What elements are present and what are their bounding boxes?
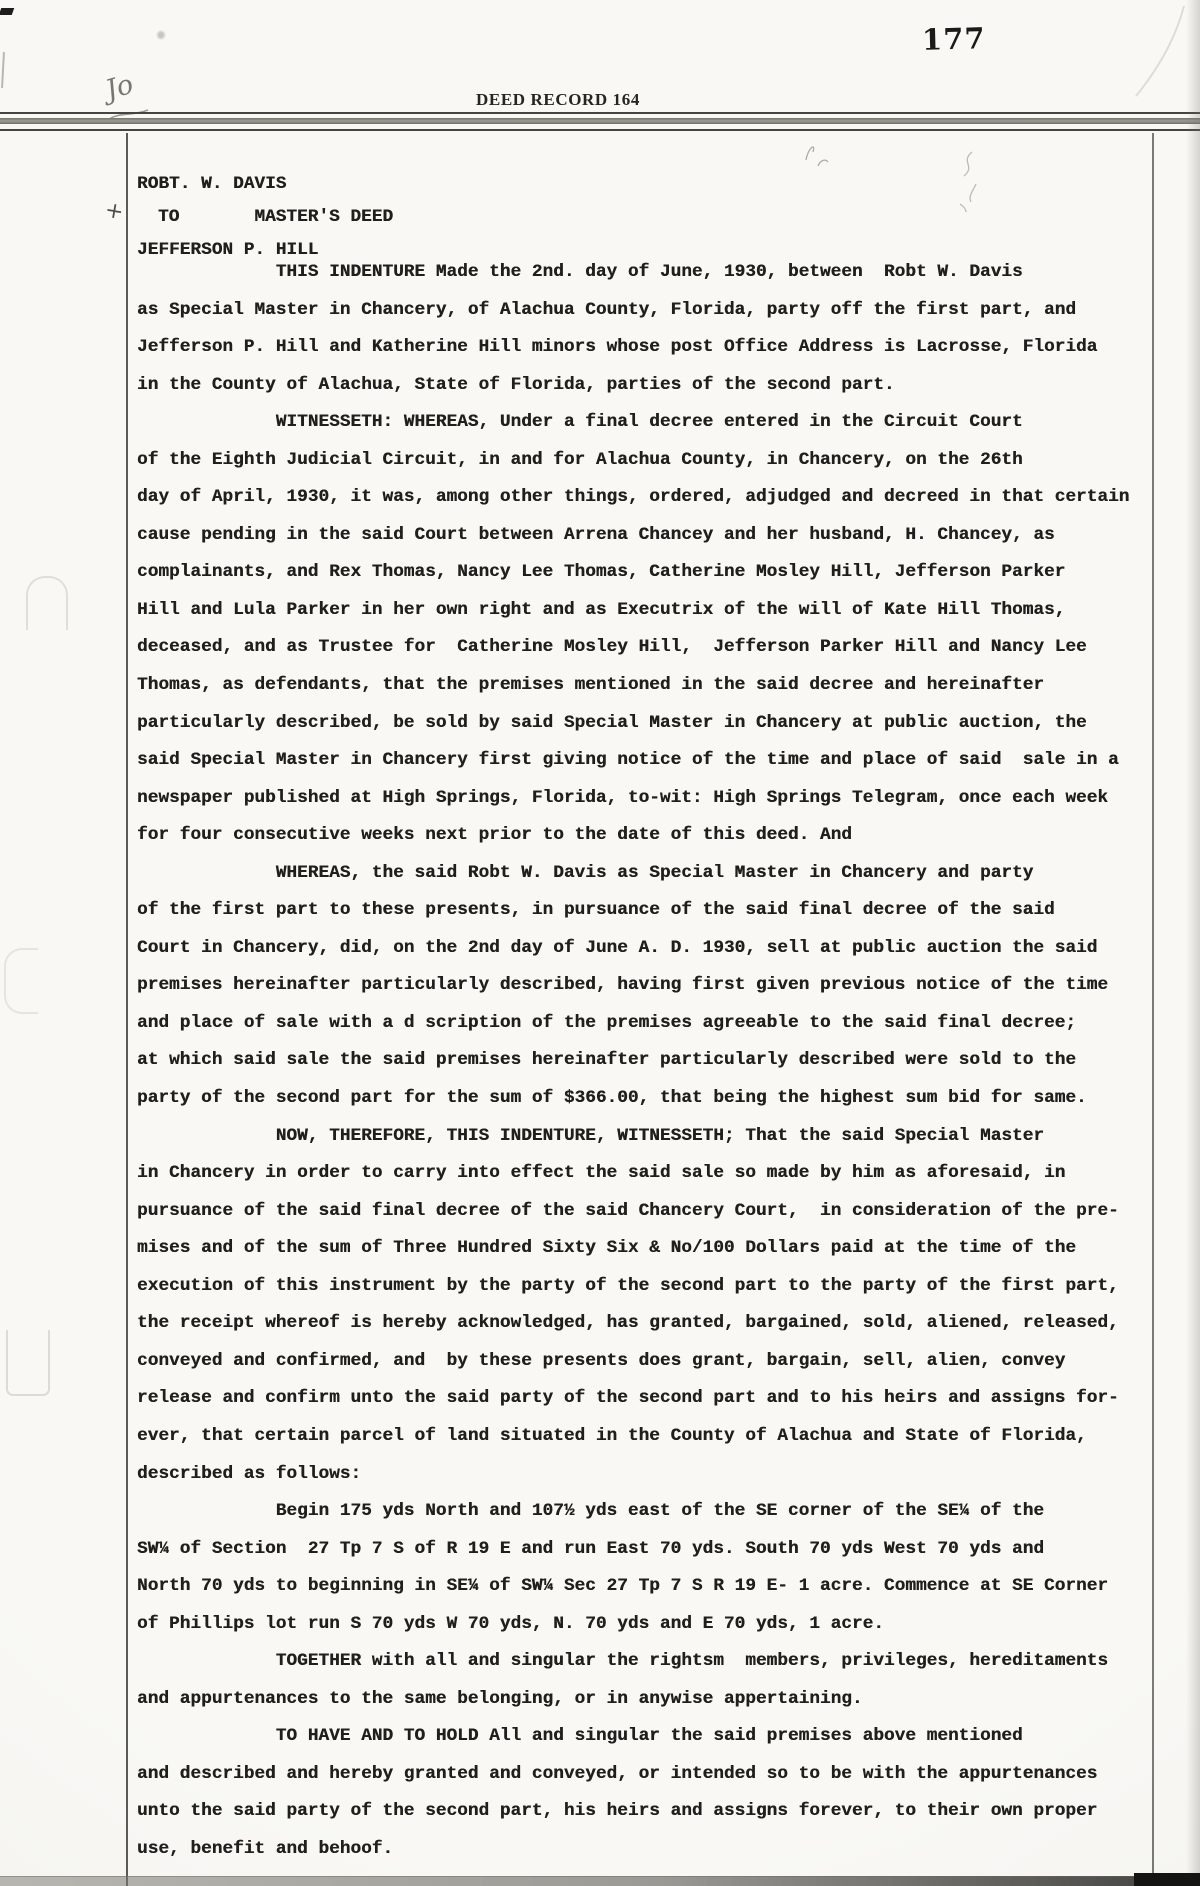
deed-text-line: premises hereinafter particularly descri… <box>137 967 1177 1005</box>
deed-text-line: party of the second part for the sum of … <box>137 1080 1177 1118</box>
deed-text-line: for four consecutive weeks next prior to… <box>137 817 1177 855</box>
header-rule-band <box>0 118 1200 124</box>
deed-caption-block: ROBT. W. DAVIS TOMASTER'S DEED JEFFERSON… <box>137 168 393 267</box>
deed-text-line: SW¼ of Section 27 Tp 7 S of R 19 E and r… <box>137 1531 1177 1569</box>
deed-record-page: 177 Jo DEED RECORD 164 + ROBT. W. DAVIS … <box>0 0 1200 1886</box>
scribble-mark <box>946 146 990 216</box>
grantor-name: ROBT. W. DAVIS <box>137 168 393 201</box>
deed-text-line: of Phillips lot run S 70 yds W 70 yds, N… <box>137 1606 1177 1644</box>
deed-text-line: Court in Chancery, did, on the 2nd day o… <box>137 930 1177 968</box>
deed-text-line: described as follows: <box>137 1456 1177 1494</box>
deed-text-line: of the first part to these presents, in … <box>137 892 1177 930</box>
deed-text-line: mises and of the sum of Three Hundred Si… <box>137 1230 1177 1268</box>
header-rule-bottom <box>0 129 1200 131</box>
deed-text-line: WITNESSETH: WHEREAS, Under a final decre… <box>137 404 1177 442</box>
left-margin-rule <box>126 133 128 1886</box>
scan-arc-artifact <box>6 1330 50 1396</box>
deed-text-line: pursuance of the said final decree of th… <box>137 1193 1177 1231</box>
deed-text-line: Thomas, as defendants, that the premises… <box>137 667 1177 705</box>
deed-text-line: NOW, THEREFORE, THIS INDENTURE, WITNESSE… <box>137 1118 1177 1156</box>
deed-text-line: WHEREAS, the said Robt W. Davis as Speci… <box>137 855 1177 893</box>
deed-text-line: conveyed and confirmed, and by these pre… <box>137 1343 1177 1381</box>
deed-text-line: North 70 yds to beginning in SE¼ of SW¼ … <box>137 1568 1177 1606</box>
deed-text-line: unto the said party of the second part, … <box>137 1793 1177 1831</box>
scribble-mark <box>798 138 834 174</box>
scan-arc-artifact <box>4 948 38 1014</box>
deed-text-line: Hill and Lula Parker in her own right an… <box>137 592 1177 630</box>
deed-text-line: ever, that certain parcel of land situat… <box>137 1418 1177 1456</box>
deed-text-line: Jefferson P. Hill and Katherine Hill min… <box>137 329 1177 367</box>
header-rule-top <box>0 112 1200 114</box>
deed-body-text: THIS INDENTURE Made the 2nd. day of June… <box>137 254 1177 1869</box>
deed-text-line: as Special Master in Chancery, of Alachu… <box>137 292 1177 330</box>
deed-text-line: at which said sale the said premises her… <box>137 1042 1177 1080</box>
deed-text-line: in Chancery in order to carry into effec… <box>137 1155 1177 1193</box>
deed-text-line: complainants, and Rex Thomas, Nancy Lee … <box>137 554 1177 592</box>
deed-text-line: and appurtenances to the same belonging,… <box>137 1681 1177 1719</box>
connector-label: TO <box>137 201 179 234</box>
deed-text-line: deceased, and as Trustee for Catherine M… <box>137 629 1177 667</box>
deed-text-line: the receipt whereof is hereby acknowledg… <box>137 1305 1177 1343</box>
deed-text-line: use, benefit and behoof. <box>137 1831 1177 1869</box>
caption-middle-line: TOMASTER'S DEED <box>137 201 393 234</box>
deed-text-line: THIS INDENTURE Made the 2nd. day of June… <box>137 254 1177 292</box>
deed-text-line: Begin 175 yds North and 107½ yds east of… <box>137 1493 1177 1531</box>
deed-text-line: release and confirm unto the said party … <box>137 1380 1177 1418</box>
scan-corner-tick <box>0 8 14 15</box>
document-type-label: MASTER'S DEED <box>254 201 393 234</box>
deed-text-line: of the Eighth Judicial Circuit, in and f… <box>137 442 1177 480</box>
bottom-scan-edge <box>0 1876 1200 1886</box>
deed-text-line: cause pending in the said Court between … <box>137 517 1177 555</box>
deed-text-line: execution of this instrument by the part… <box>137 1268 1177 1306</box>
deed-text-line: and described and hereby granted and con… <box>137 1756 1177 1794</box>
deed-text-line: TO HAVE AND TO HOLD All and singular the… <box>137 1718 1177 1756</box>
deed-text-line: TOGETHER with all and singular the right… <box>137 1643 1177 1681</box>
scan-dot-artifact <box>156 30 166 40</box>
page-edge-shading <box>1186 0 1200 1886</box>
bottom-corner-shadow <box>1134 1873 1200 1886</box>
deed-text-line: said Special Master in Chancery first gi… <box>137 742 1177 780</box>
deed-text-line: in the County of Alachua, State of Flori… <box>137 367 1177 405</box>
deed-text-line: particularly described, be sold by said … <box>137 705 1177 743</box>
scan-edge-scratch <box>1 52 5 88</box>
scan-arc-artifact <box>26 576 68 630</box>
deed-text-line: newspaper published at High Springs, Flo… <box>137 780 1177 818</box>
record-book-header: DEED RECORD 164 <box>0 90 1116 110</box>
deed-text-line: and place of sale with a d scription of … <box>137 1005 1177 1043</box>
deed-text-line: day of April, 1930, it was, among other … <box>137 479 1177 517</box>
handwritten-plus-mark: + <box>103 198 125 226</box>
page-number: 177 <box>922 21 986 57</box>
